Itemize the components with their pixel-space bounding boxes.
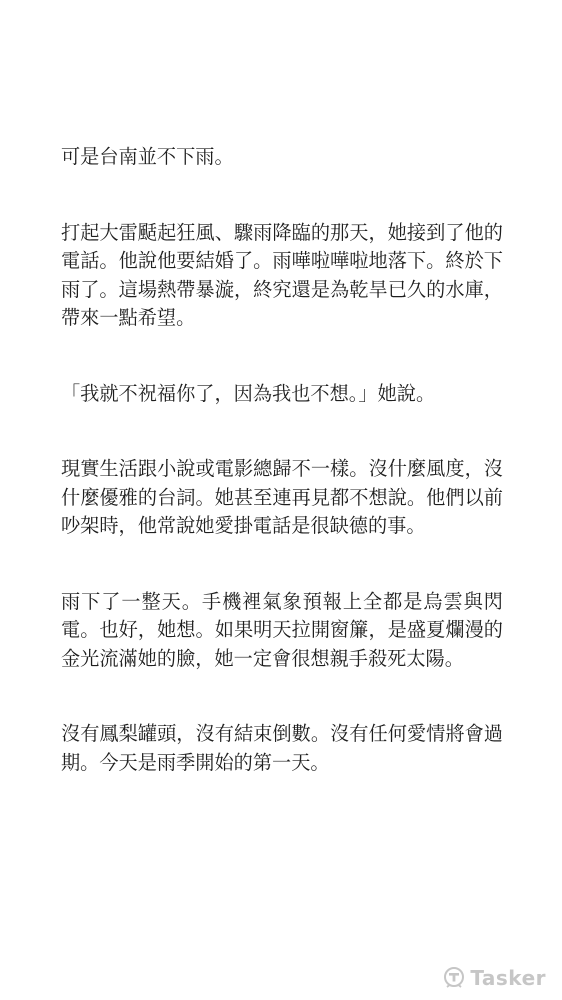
story-text: 可是台南並不下雨。 打起大雷颳起狂風、驟雨降臨的那天，她接到了他的電話。他說他要… [61, 143, 503, 777]
reader-page: 可是台南並不下雨。 打起大雷颳起狂風、驟雨降臨的那天，她接到了他的電話。他說他要… [0, 0, 562, 1000]
tasker-watermark: Tasker [442, 965, 546, 991]
tasker-logo-icon [442, 965, 466, 991]
story-paragraph: 「我就不祝福你了，因為我也不想。」她說。 [61, 380, 503, 409]
tasker-brand-label: Tasker [470, 968, 546, 988]
story-paragraph: 現實生活跟小說或電影總歸不一樣。沒什麼風度，沒什麼優雅的台詞。她甚至連再見都不想… [61, 455, 503, 541]
story-paragraph: 沒有鳳梨罐頭，沒有結束倒數。沒有任何愛情將會過期。今天是雨季開始的第一天。 [61, 720, 503, 777]
story-paragraph: 可是台南並不下雨。 [61, 143, 503, 172]
story-paragraph: 打起大雷颳起狂風、驟雨降臨的那天，她接到了他的電話。他說他要結婚了。雨嘩啦嘩啦地… [61, 219, 503, 333]
story-paragraph: 雨下了一整天。手機裡氣象預報上全都是烏雲與閃電。也好，她想。如果明天拉開窗簾，是… [61, 588, 503, 674]
